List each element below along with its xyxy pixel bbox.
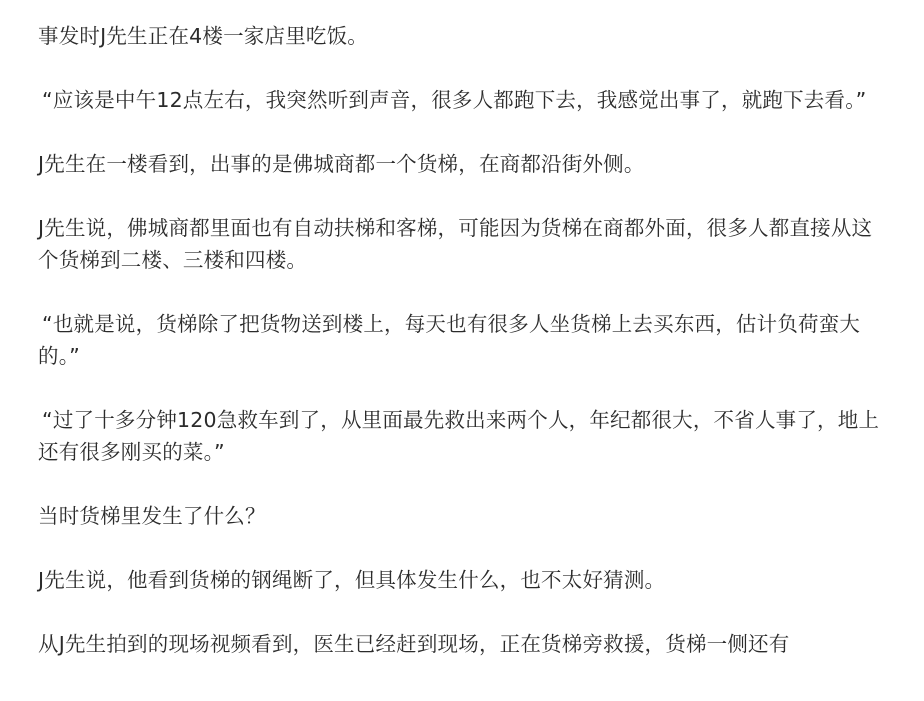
article-body: 事发时J先生正在4楼一家店里吃饭。 “应该是中午12点左右，我突然听到声音，很多… — [38, 20, 888, 692]
paragraph-6-quote: “过了十多分钟120急救车到了，从里面最先救出来两个人，年纪都很大，不省人事了，… — [38, 404, 888, 468]
paragraph-3: J先生在一楼看到，出事的是佛城商都一个货梯，在商都沿街外侧。 — [38, 148, 888, 180]
paragraph-5-quote: “也就是说，货梯除了把货物送到楼上，每天也有很多人坐货梯上去买东西，估计负荷蛮大… — [38, 308, 888, 372]
paragraph-2-quote: “应该是中午12点左右，我突然听到声音，很多人都跑下去，我感觉出事了，就跑下去看… — [38, 84, 888, 116]
paragraph-1: 事发时J先生正在4楼一家店里吃饭。 — [38, 20, 888, 52]
paragraph-8: J先生说，他看到货梯的钢绳断了，但具体发生什么，也不太好猜测。 — [38, 564, 888, 596]
paragraph-9: 从J先生拍到的现场视频看到，医生已经赶到现场，正在货梯旁救援，货梯一侧还有 — [38, 628, 888, 660]
paragraph-4: J先生说，佛城商都里面也有自动扶梯和客梯，可能因为货梯在商都外面，很多人都直接从… — [38, 212, 888, 276]
paragraph-7-question: 当时货梯里发生了什么？ — [38, 500, 888, 532]
